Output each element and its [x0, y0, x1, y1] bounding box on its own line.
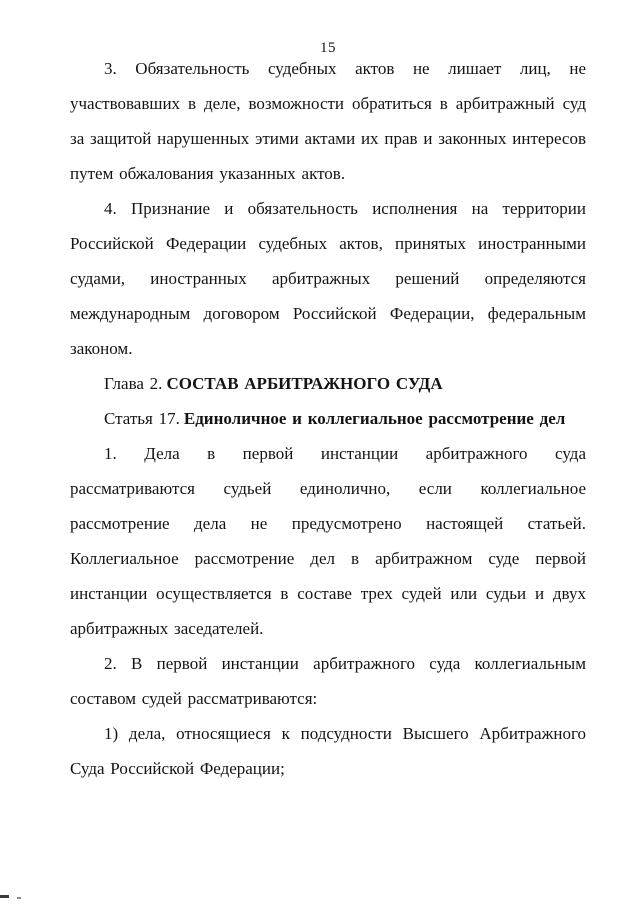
paragraph-article17-point-2: 2. В первой инстанции арбитражного суда … — [70, 646, 586, 716]
chapter-heading: Глава 2.СОСТАВ АРБИТРАЖНОГО СУДА — [70, 366, 586, 401]
document-page: 15 3. Обязательность судебных актов не л… — [0, 0, 640, 905]
page-body-text: 3. Обязательность судебных актов не лиша… — [70, 51, 586, 786]
article-heading: Статья 17.Единоличное и коллегиальное ра… — [70, 401, 586, 436]
chapter-heading-prefix: Глава 2. — [104, 374, 166, 393]
paragraph-point-3: 3. Обязательность судебных актов не лиша… — [70, 51, 586, 191]
paragraph-article17-point-1: 1. Дела в первой инстанции арбитражного … — [70, 436, 586, 646]
scan-artifact-speck — [17, 897, 21, 899]
chapter-heading-title: СОСТАВ АРБИТРАЖНОГО СУДА — [166, 374, 442, 393]
article-heading-title: Единоличное и коллегиальное рассмотрение… — [184, 409, 565, 428]
paragraph-article17-subpoint-1: 1) дела, относящиеся к подсудности Высше… — [70, 716, 586, 786]
article-heading-prefix: Статья 17. — [104, 409, 184, 428]
scan-artifact-mark — [0, 895, 9, 898]
paragraph-point-4: 4. Признание и обязательность исполнения… — [70, 191, 586, 366]
